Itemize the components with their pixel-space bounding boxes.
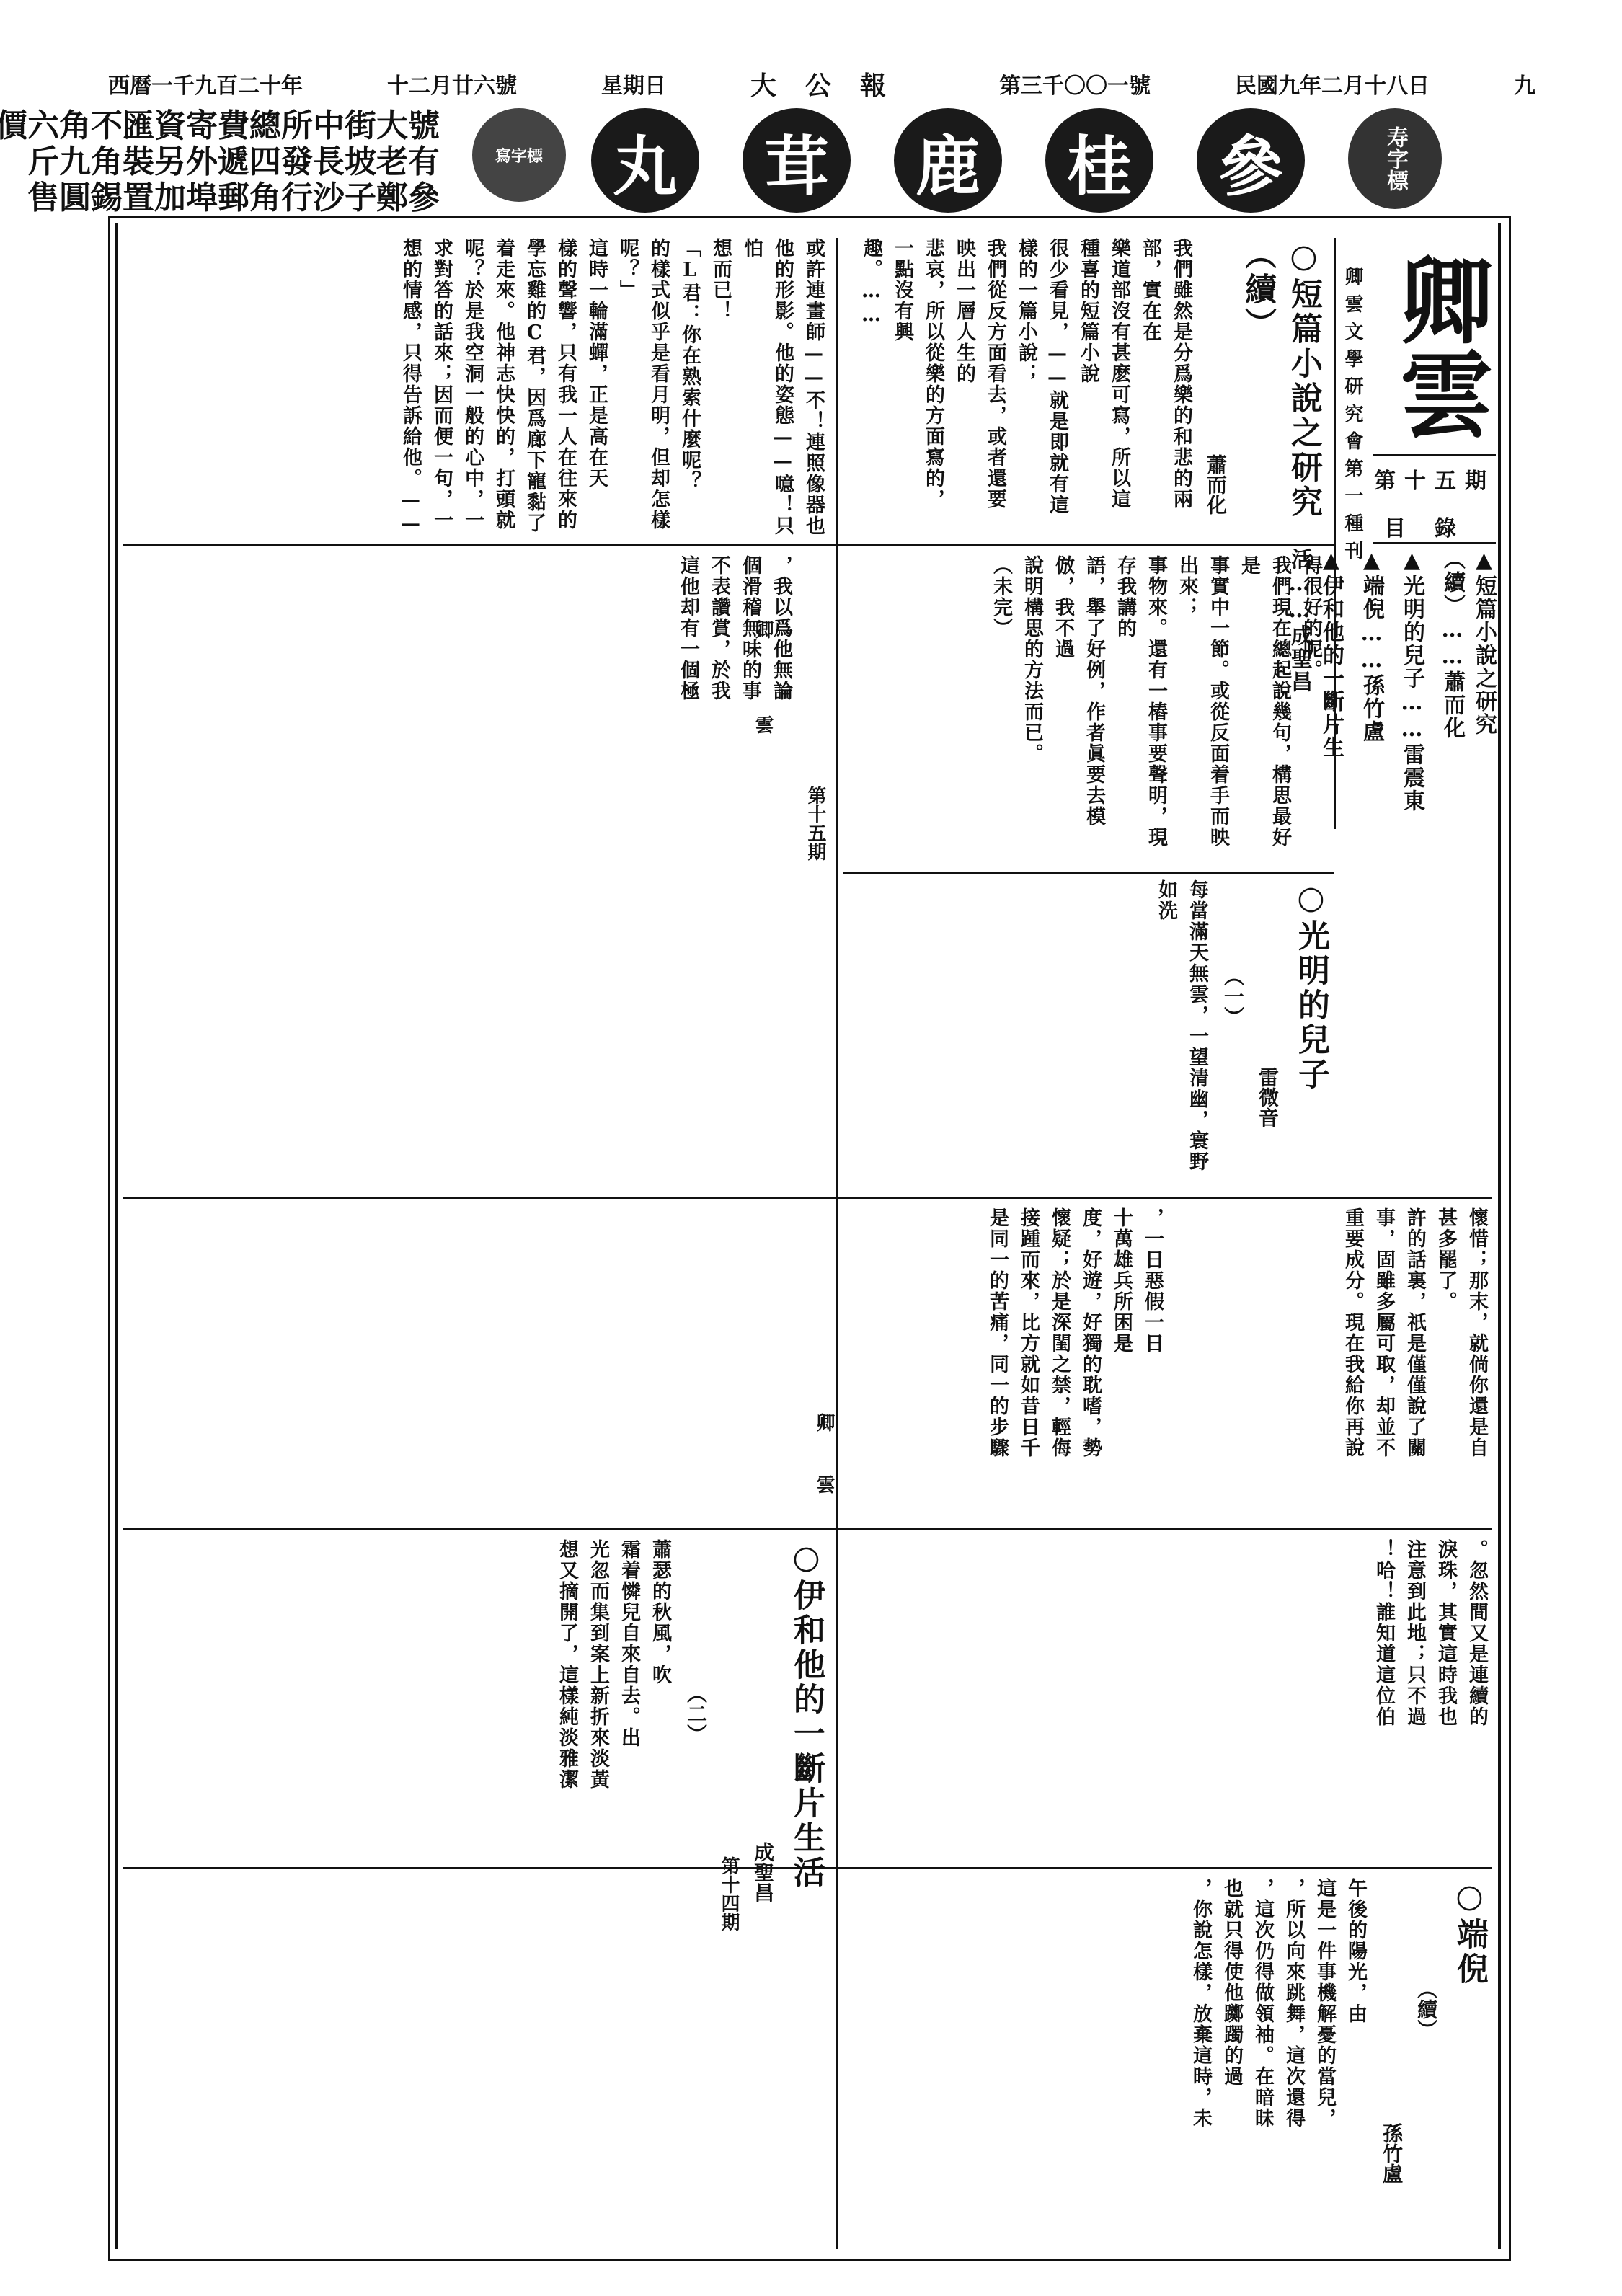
article-body: 蕭瑟的秋風，吹 霜着憐兒自來自去。出 光忽而集到案上新折來淡黃 想又摘開了，這樣… <box>551 1539 675 2231</box>
article-author: 成聖昌 <box>748 1539 777 2246</box>
issue-number-label: 第十五期 <box>1373 463 1496 495</box>
article-part: （一） <box>1218 879 1247 1189</box>
article-part: （續） <box>1412 1878 1440 2246</box>
article-body: 我們雖然是分爲樂的和悲的兩部，實在在 樂道部沒有甚麽可寫，所以這種喜的短篇小說 … <box>856 238 1197 526</box>
article-author: 孫竹盧 <box>1377 1878 1406 2246</box>
ad-line: 斤九角裝另外遞四發長坡老有 <box>130 144 440 180</box>
article-episode: 第十四期 <box>716 1539 743 2246</box>
column-divider <box>836 238 838 2249</box>
ad-line: 每價六角不匯資寄費總所中街大號 <box>130 108 440 144</box>
ad-line: 售圓錫置加埠郵角行沙子鄭參 <box>130 180 440 216</box>
article-body: 午後的陽光，由 這是一件事機解憂的當兒， ，所以向來跳舞，這次還得 ，這次仍得做… <box>1185 1878 1371 2238</box>
toc-item[interactable]: ▲短篇小說之研究（續）……蕭而化 <box>1436 548 1499 829</box>
article-he-and-she: ○伊和他的一斷片生活 成聖昌 第十四期 （二） 蕭瑟的秋風，吹 霜着憐兒自來自去… <box>130 1539 829 2246</box>
left-top-story: 或許連畫師——不！連照像器也 他的形影。他的姿態——噫！只怕 想而已！ 「L君：… <box>130 238 829 541</box>
article-title: ○伊和他的一斷片生活 <box>783 1539 829 2246</box>
weekday: 星期日 <box>601 68 666 99</box>
product-seal: 丸 <box>591 108 699 213</box>
toc-heading: 目錄 <box>1373 510 1496 542</box>
article-title: ○光明的兒子 <box>1288 879 1334 1189</box>
episode-label: 第十五期 <box>802 555 829 1189</box>
table-of-contents: ▲短篇小說之研究（續）……蕭而化 ▲光明的兒子……雷震東 ▲端倪……孫竹盧 ▲伊… <box>1362 548 1499 829</box>
article-title: ○短篇小說之研究（續） <box>1234 238 1326 541</box>
brand-seal: 寿字標 <box>1348 108 1442 209</box>
issue-number: 第三千〇〇一號 <box>999 68 1151 99</box>
frame-double-rule-left <box>115 223 118 2249</box>
article-author: 蕭而化 <box>1201 238 1230 541</box>
article-short-story-study: ○短篇小說之研究（續） 蕭而化 我們雖然是分爲樂的和悲的兩部，實在在 樂道部沒有… <box>843 238 1326 541</box>
product-seal: 參 <box>1197 108 1305 213</box>
trademark-seal-left: 寫字標 <box>472 108 566 202</box>
article-author: 雷微音 <box>1253 879 1282 1189</box>
article-clue: ○端倪 （續） 孫竹盧 午後的陽光，由 這是一件事機解憂的當兒， ，所以向來跳舞… <box>843 1878 1492 2246</box>
toc-item[interactable]: ▲光明的兒子……雷震東 <box>1396 548 1427 829</box>
mid-lower-right-text: 懷惜；那末，就倘你還是自 甚多罷了。 許的話裏，祇是僅僅說了關 事，固雖多屬可取… <box>1175 1207 1492 1517</box>
date-republic: 民國九年二月十八日 <box>1235 68 1430 99</box>
toc-item[interactable]: ▲端倪……孫竹盧 <box>1355 548 1387 829</box>
episode-body: ，我以爲他無論 個滑稽無味的事 不表讚賞，於我 這他却有一個極 <box>673 555 797 1175</box>
right-lower-text: 。忽然間又是連續的 淚珠，其實這時我也 注意到此地；只不過 ！哈！誰知道這位伯 <box>843 1539 1492 1856</box>
date-western: 西曆一千九百二十年 <box>108 68 303 99</box>
article-bright-son: ○光明的兒子 雷微音 （一） 每當滿天無雲，一望清幽，寰野如洗 <box>843 879 1334 1189</box>
journal-title: 卿雲 <box>1372 252 1507 440</box>
page-number: 九 <box>1514 68 1535 99</box>
product-seal: 桂 <box>1045 108 1153 213</box>
journal-subtitle: 卿雲文學研究會第一種刊 <box>1339 267 1366 568</box>
running-header: 卿雲 <box>811 1413 838 1537</box>
issue-box: 第十五期 目錄 <box>1373 454 1496 544</box>
date-lunar: 十二月廿六號 <box>387 68 517 99</box>
episode-15: 第十五期 ，我以爲他無論 個滑稽無味的事 不表讚賞，於我 這他却有一個極 <box>130 555 829 1189</box>
product-seals: 丸 茸 鹿 桂 參 寿字標 <box>591 108 1442 213</box>
product-seal: 鹿 <box>894 108 1002 213</box>
article-part: （二） <box>681 1539 710 2246</box>
mid-lower-text: ，一日惡假一日 十萬雄兵所困是 度，好遊，好獨的耽嗜，勢 懷疑；於是深閨之禁，輕… <box>843 1207 1168 1517</box>
article-body: 每當滿天無雲，一望清幽，寰野如洗 <box>1151 879 1213 1182</box>
masthead-line: 九 民國九年二月十八日 第三千〇〇一號 大公報 星期日 十二月廿六號 西曆一千九… <box>108 71 1535 97</box>
section-rule <box>123 1197 1492 1199</box>
advertisement-text: 每價六角不匯資寄費總所中街大號 斤九角裝另外遞四發長坡老有 售圓錫置加埠郵角行沙… <box>130 108 440 216</box>
frame-double-rule-right <box>1498 223 1501 2249</box>
section-rule <box>843 872 1334 874</box>
article-title: ○端倪 <box>1446 1878 1492 2246</box>
section-rule <box>123 544 1334 546</box>
page-marker: 卿 雲 <box>750 620 776 763</box>
paper-name: 大公報 <box>750 66 915 102</box>
product-seal: 茸 <box>743 108 851 213</box>
section-rule <box>123 1528 1492 1530</box>
short-story-study-closing: 得很好的呢。 我們現在總起說幾句，構思最好是 事實中一節。或從反面着手而映出來；… <box>843 555 1326 865</box>
